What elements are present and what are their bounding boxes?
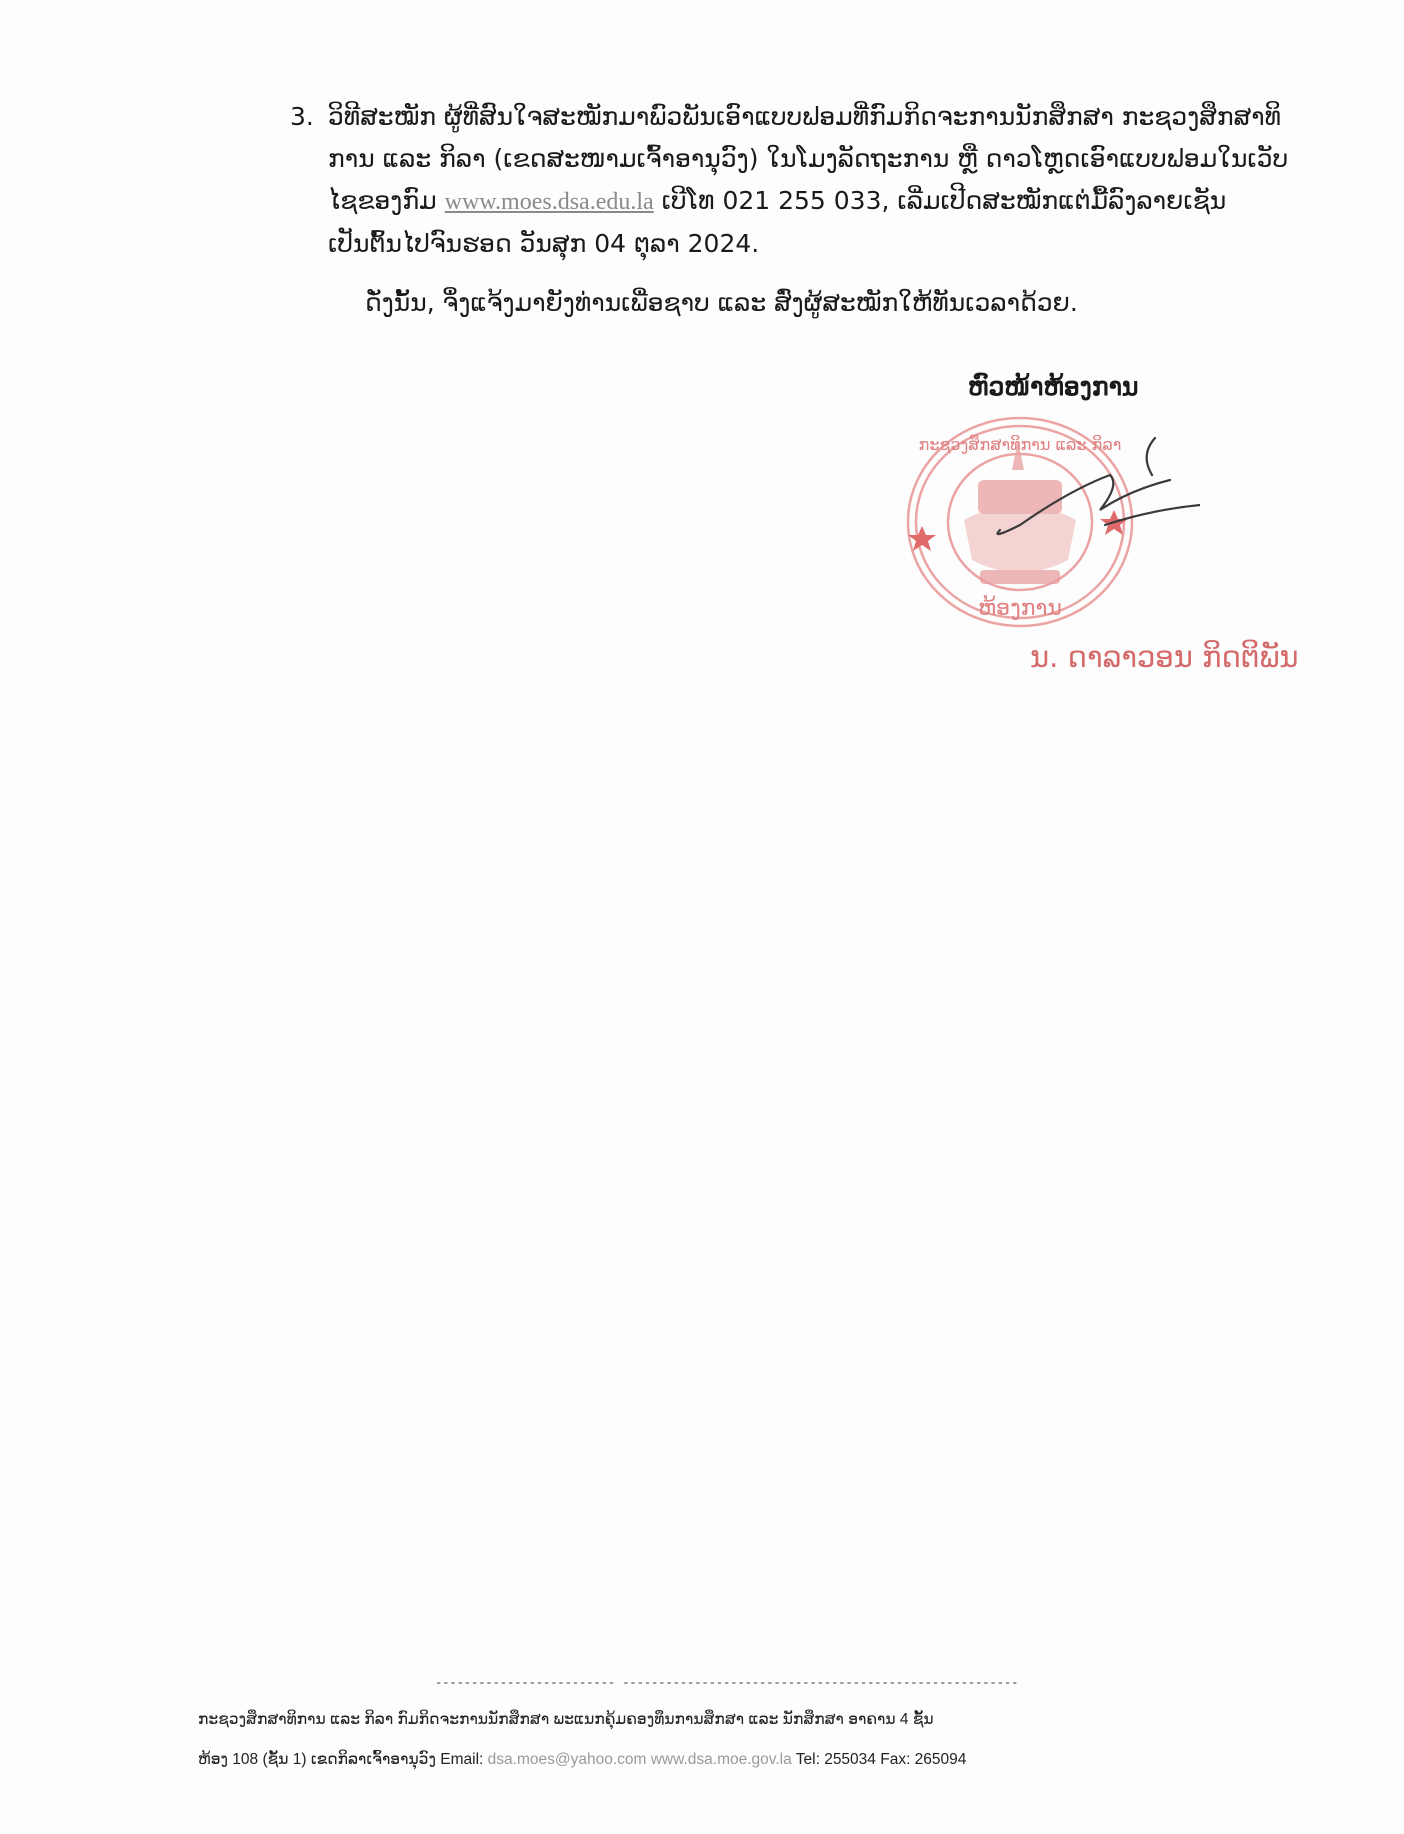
item-line-1: ວິທີສະໝັກ ຜູ້ທີ່ສົນໃຈສະໝັກມາພົວພັນເອົາແບ… [328, 96, 1300, 138]
item-number: 3. [290, 96, 314, 138]
handwritten-signature-icon [960, 430, 1200, 560]
item-line-3-prefix: ໄຊຂອງກົມ [328, 186, 437, 215]
signer-name: ນ. ດາລາວອນ ກິດຕິພັນ [1030, 640, 1299, 674]
website-link[interactable]: www.moes.dsa.edu.la [445, 189, 654, 215]
list-item-3: 3. ວິທີສະໝັກ ຜູ້ທີ່ສົນໃຈສະໝັກມາພົວພັນເອົ… [290, 96, 1300, 265]
item-line-4: ເປັນຕົ້ນໄປຈົນຮອດ ວັນສຸກ 04 ຕຸລາ 2024. [328, 223, 1300, 265]
closing-paragraph: ດັ່ງນັ້ນ, ຈຶ່ງແຈ້ງມາຍັງທ່ານເພື່ອຊາບ ແລະ … [365, 282, 1078, 324]
signatory-title: ຫົວໜ້າຫ້ອງການ [968, 372, 1139, 401]
footer-divider: ------------------------- --------------… [435, 1676, 1018, 1690]
item-body: ວິທີສະໝັກ ຜູ້ທີ່ສົນໃຈສະໝັກມາພົວພັນເອົາແບ… [328, 96, 1300, 265]
document-page: 3. ວິທີສະໝັກ ຜູ້ທີ່ສົນໃຈສະໝັກມາພົວພັນເອົ… [0, 0, 1404, 1834]
svg-text:ຫ້ອງການ: ຫ້ອງການ [978, 596, 1062, 621]
item-line-3-suffix: ເບີໂທ 021 255 033, ເລີ່ມເປີດສະໝັກແຕ່ມື້ລ… [662, 186, 1227, 215]
footer-address-line: ກະຊວງສຶກສາທິການ ແລະ ກິລາ ກົມກິດຈະການນັກສ… [198, 1700, 1218, 1740]
footer-website-link[interactable]: www.dsa.moe.gov.la [651, 1751, 792, 1768]
footer-email-link[interactable]: dsa.moes@yahoo.com [488, 1751, 647, 1768]
footer-fax: Fax: 265094 [880, 1751, 966, 1768]
item-line-2: ການ ແລະ ກິລາ (ເຂດສະໜາມເຈົ້າອານຸວົງ) ໃນໂມ… [328, 138, 1300, 180]
footer-location: ຫ້ອງ 108 (ຊັ້ນ 1) ເຂດກິລາເຈົ້າອານຸວົງ Em… [198, 1751, 488, 1768]
footer: ກະຊວງສຶກສາທິການ ແລະ ກິລາ ກົມກິດຈະການນັກສ… [198, 1700, 1218, 1780]
item-line-3: ໄຊຂອງກົມ www.moes.dsa.edu.la ເບີໂທ 021 2… [328, 180, 1300, 223]
footer-tel: Tel: 255034 [796, 1751, 876, 1768]
footer-contact-line: ຫ້ອງ 108 (ຊັ້ນ 1) ເຂດກິລາເຈົ້າອານຸວົງ Em… [198, 1740, 1218, 1780]
